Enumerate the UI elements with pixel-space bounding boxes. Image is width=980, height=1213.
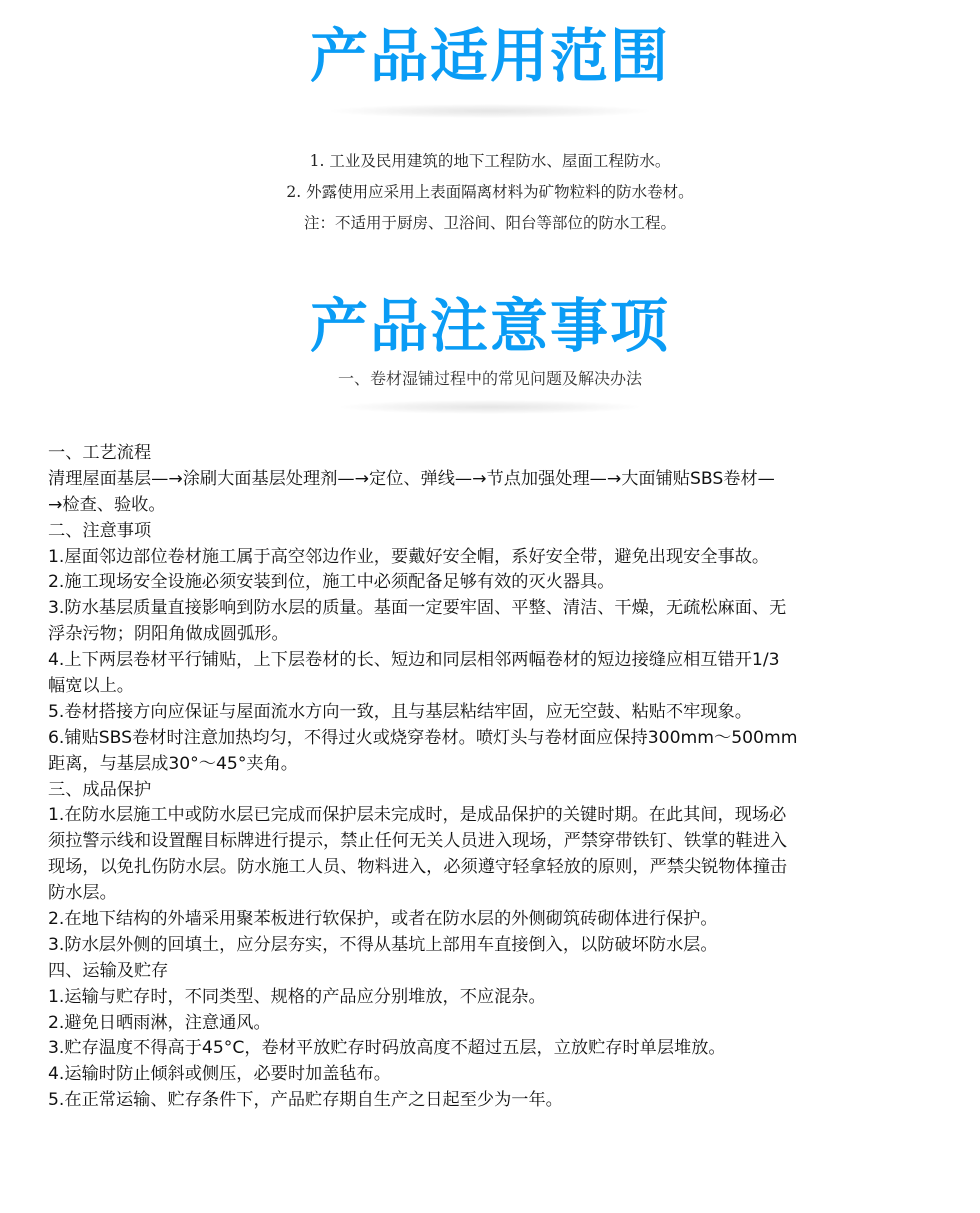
paragraph-line: 5.在正常运输、贮存条件下，产品贮存期自生产之日起至少为一年。 xyxy=(48,1088,940,1114)
paragraph-line: 5.卷材搭接方向应保证与屋面流水方向一致，且与基层粘结牢固，应无空鼓、粘贴不牢现… xyxy=(48,700,940,726)
notice-section-subtitle: 一、卷材湿铺过程中的常见问题及解决办法 xyxy=(0,368,980,390)
paragraph-line: 4.运输时防止倾斜或侧压，必要时加盖毡布。 xyxy=(48,1062,940,1088)
paragraph-line: 清理屋面基层—→涂刷大面基层处理剂—→定位、弹线—→节点加强处理—→大面铺贴SB… xyxy=(48,467,940,493)
scope-note: 注：不适用于厨房、卫浴间、阳台等部位的防水工程。 xyxy=(0,208,980,239)
notice-section-title: 产品注意事项 xyxy=(0,297,980,355)
notice-body: 一、工艺流程 清理屋面基层—→涂刷大面基层处理剂—→定位、弹线—→节点加强处理—… xyxy=(48,441,940,1114)
paragraph-line: 须拉警示线和设置醒目标牌进行提示，禁止任何无关人员进入现场，严禁穿带铁钉、铁掌的… xyxy=(48,829,940,855)
heading-transport-storage: 四、运输及贮存 xyxy=(48,959,940,985)
scope-section-title: 产品适用范围 xyxy=(0,27,980,85)
paragraph-line: 1.在防水层施工中或防水层已完成而保护层未完成时，是成品保护的关键时期。在此其间… xyxy=(48,803,940,829)
scope-list: 1. 工业及民用建筑的地下工程防水、屋面工程防水。 2. 外露使用应采用上表面隔… xyxy=(0,146,980,239)
paragraph-line: 2.在地下结构的外墙采用聚苯板进行软保护，或者在防水层的外侧砌筑砖砌体进行保护。 xyxy=(48,907,940,933)
heading-precautions: 二、注意事项 xyxy=(48,519,940,545)
scope-item: 1. 工业及民用建筑的地下工程防水、屋面工程防水。 xyxy=(0,146,980,177)
title-shadow-divider xyxy=(330,104,650,118)
paragraph-line: 6.铺贴SBS卷材时注意加热均匀，不得过火或烧穿卷材。喷灯头与卷材面应保持300… xyxy=(48,726,940,752)
paragraph-line: 3.贮存温度不得高于45°C，卷材平放贮存时码放高度不超过五层，立放贮存时单层堆… xyxy=(48,1036,940,1062)
paragraph-line: 距离，与基层成30°～45°夹角。 xyxy=(48,752,940,778)
paragraph-line: 2.施工现场安全设施必须安装到位，施工中必须配备足够有效的灭火器具。 xyxy=(48,570,940,596)
paragraph-line: 3.防水基层质量直接影响到防水层的质量。基面一定要牢固、平整、清洁、干燥，无疏松… xyxy=(48,596,940,622)
paragraph-line: 浮杂污物；阴阳角做成圆弧形。 xyxy=(48,622,940,648)
paragraph-line: 3.防水层外侧的回填土，应分层夯实，不得从基坑上部用车直接倒入，以防破坏防水层。 xyxy=(48,933,940,959)
scope-item: 2. 外露使用应采用上表面隔离材料为矿物粒料的防水卷材。 xyxy=(0,177,980,208)
heading-process: 一、工艺流程 xyxy=(48,441,940,467)
paragraph-line: 现场，以免扎伤防水层。防水施工人员、物料进入，必须遵守轻拿轻放的原则，严禁尖锐物… xyxy=(48,855,940,881)
paragraph-line: 2.避免日晒雨淋，注意通风。 xyxy=(48,1011,940,1037)
paragraph-line: 幅宽以上。 xyxy=(48,674,940,700)
paragraph-line: →检查、验收。 xyxy=(48,493,940,519)
paragraph-line: 1.屋面邻边部位卷材施工属于高空邻边作业，要戴好安全帽，系好安全带，避免出现安全… xyxy=(48,545,940,571)
paragraph-line: 1.运输与贮存时，不同类型、规格的产品应分别堆放，不应混杂。 xyxy=(48,985,940,1011)
subtitle-shadow-divider xyxy=(340,400,640,414)
paragraph-line: 4.上下两层卷材平行铺贴，上下层卷材的长、短边和同层相邻两幅卷材的短边接缝应相互… xyxy=(48,648,940,674)
heading-protection: 三、成品保护 xyxy=(48,778,940,804)
paragraph-line: 防水层。 xyxy=(48,881,940,907)
